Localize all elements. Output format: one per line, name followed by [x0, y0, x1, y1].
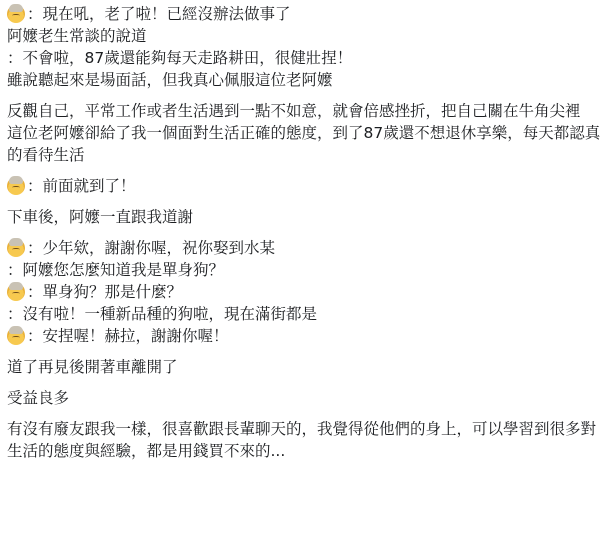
- narration-line: 這位老阿嬤卻給了我一個面對生活正確的態度，到了87歲還不想退休享樂，每天都認真的…: [7, 122, 601, 166]
- elderly-woman-icon: [7, 239, 25, 257]
- paragraph-1: ：現在吼，老了啦！已經沒辦法做事了 阿嬤老生常談的說道 ：不會啦，87歲還能夠每…: [7, 3, 607, 91]
- line-text: ：前面就到了！: [27, 175, 136, 197]
- narration-line: 反觀自己，平常工作或者生活遇到一點不如意，就會倍感挫折，把自己關在牛角尖裡: [7, 100, 601, 122]
- line-text: 受益良多: [7, 387, 69, 409]
- paragraph-6: 道了再見後開著車離開了: [7, 356, 607, 378]
- elderly-woman-icon: [7, 5, 25, 23]
- line-text: ：安捏喔！赫拉，謝謝你喔！: [27, 325, 229, 347]
- paragraph-8: 有沒有廢友跟我一樣，很喜歡跟長輩聊天的，我覺得從他們的身上，可以學習到很多對生活…: [7, 418, 607, 462]
- narration-line: 道了再見後開著車離開了: [7, 356, 607, 378]
- narration-line: 有沒有廢友跟我一樣，很喜歡跟長輩聊天的，我覺得從他們的身上，可以學習到很多對生活…: [7, 418, 601, 462]
- line-text: ：阿嬤您怎麼知道我是單身狗？: [7, 259, 224, 281]
- dialogue-line: ：前面就到了！: [7, 175, 607, 197]
- dialogue-line: ：少年欸，謝謝你喔，祝你娶到水某: [7, 237, 607, 259]
- dialogue-line: ：不會啦，87歲還能夠每天走路耕田，很健壯捏！: [7, 47, 607, 69]
- dialogue-line: ：單身狗？那是什麼？: [7, 281, 607, 303]
- paragraph-4: 下車後，阿嬤一直跟我道謝: [7, 206, 607, 228]
- paragraph-5: ：少年欸，謝謝你喔，祝你娶到水某 ：阿嬤您怎麼知道我是單身狗？ ：單身狗？那是什…: [7, 237, 607, 347]
- elderly-woman-icon: [7, 283, 25, 301]
- elderly-woman-icon: [7, 177, 25, 195]
- line-text: 雖說聽起來是場面話，但我真心佩服這位老阿嬤: [7, 69, 333, 91]
- line-text: ：沒有啦！一種新品種的狗啦，現在滿街都是: [7, 303, 317, 325]
- dialogue-line: ：現在吼，老了啦！已經沒辦法做事了: [7, 3, 607, 25]
- dialogue-line: ：安捏喔！赫拉，謝謝你喔！: [7, 325, 607, 347]
- paragraph-2: 反觀自己，平常工作或者生活遇到一點不如意，就會倍感挫折，把自己關在牛角尖裡 這位…: [7, 100, 607, 166]
- narration-line: 雖說聽起來是場面話，但我真心佩服這位老阿嬤: [7, 69, 607, 91]
- line-text: ：少年欸，謝謝你喔，祝你娶到水某: [27, 237, 275, 259]
- post-body: ：現在吼，老了啦！已經沒辦法做事了 阿嬤老生常談的說道 ：不會啦，87歲還能夠每…: [0, 0, 607, 462]
- line-text: ：單身狗？那是什麼？: [27, 281, 182, 303]
- line-text: ：不會啦，87歲還能夠每天走路耕田，很健壯捏！: [7, 47, 352, 69]
- narration-line: 阿嬤老生常談的說道: [7, 25, 607, 47]
- line-text: 這位老阿嬤卻給了我一個面對生活正確的態度，到了87歲還不想退休享樂，每天都認真的…: [7, 124, 600, 164]
- narration-line: 受益良多: [7, 387, 607, 409]
- line-text: 有沒有廢友跟我一樣，很喜歡跟長輩聊天的，我覺得從他們的身上，可以學習到很多對生活…: [7, 420, 596, 460]
- paragraph-7: 受益良多: [7, 387, 607, 409]
- line-text: 道了再見後開著車離開了: [7, 356, 178, 378]
- narration-line: 下車後，阿嬤一直跟我道謝: [7, 206, 607, 228]
- line-text: 下車後，阿嬤一直跟我道謝: [7, 206, 193, 228]
- dialogue-line: ：阿嬤您怎麼知道我是單身狗？: [7, 259, 607, 281]
- dialogue-line: ：沒有啦！一種新品種的狗啦，現在滿街都是: [7, 303, 607, 325]
- line-text: ：現在吼，老了啦！已經沒辦法做事了: [27, 3, 291, 25]
- line-text: 反觀自己，平常工作或者生活遇到一點不如意，就會倍感挫折，把自己關在牛角尖裡: [7, 102, 581, 120]
- paragraph-3: ：前面就到了！: [7, 175, 607, 197]
- line-text: 阿嬤老生常談的說道: [7, 25, 147, 47]
- elderly-woman-icon: [7, 327, 25, 345]
